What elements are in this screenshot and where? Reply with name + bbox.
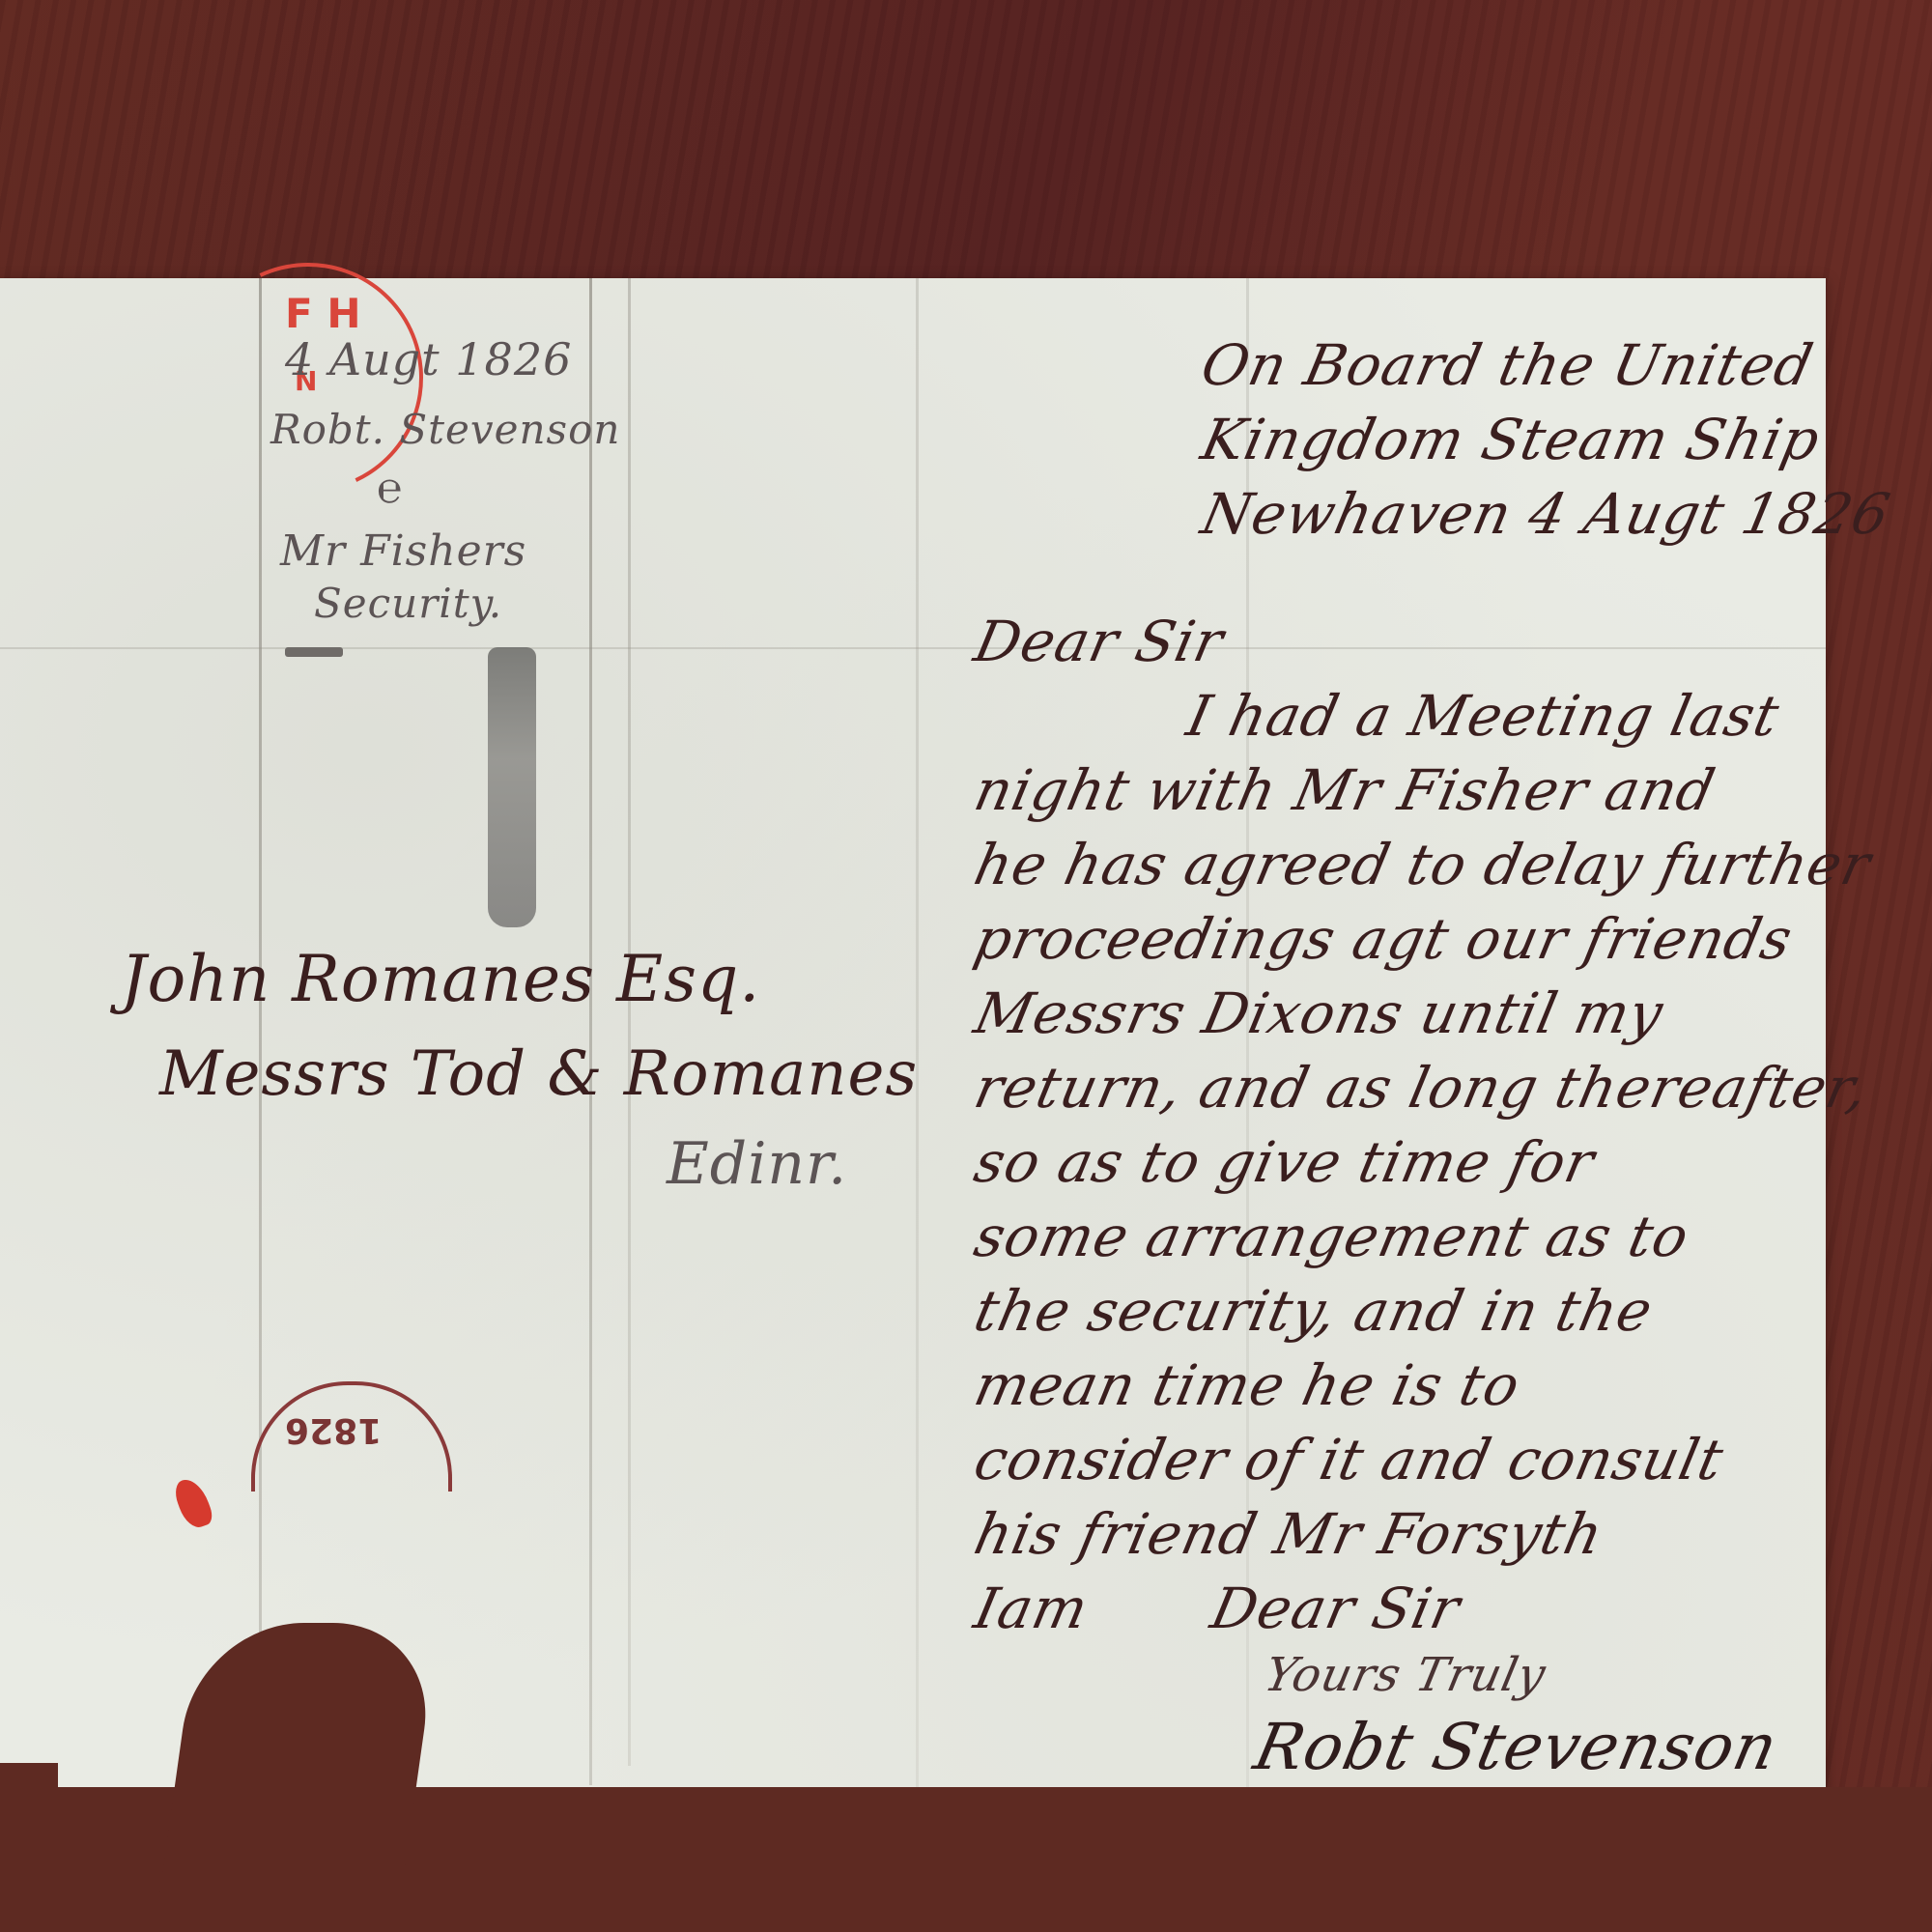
fold-line <box>628 278 631 1766</box>
letter-body-line: Messrs Dixons until my <box>968 977 1814 1051</box>
seal-residue-mark <box>285 647 343 657</box>
address-firm: Messrs Tod & Romanes <box>159 1038 918 1110</box>
address-city: Edinr. <box>667 1130 847 1198</box>
letter-body-line: the security, and in the <box>968 1274 1814 1349</box>
letter-closing-2: Yours Truly <box>970 1646 1813 1704</box>
closing-lead: Iam <box>969 1576 1094 1641</box>
docket-from: Robt. Stevenson <box>270 406 620 453</box>
letter-body-line: consider of it and consult <box>968 1423 1814 1497</box>
letter-body-line: mean time he is to <box>968 1349 1814 1423</box>
docket-subject: Mr Fishers <box>280 526 526 576</box>
letter-body-line: night with Mr Fisher and <box>968 753 1814 828</box>
letter-body-line: I had a Meeting last <box>968 679 1814 753</box>
letter-salutation: Dear Sir <box>968 605 1814 679</box>
address-recipient: John Romanes Esq. <box>121 942 760 1016</box>
letter-heading-line: Kingdom Steam Ship <box>968 403 1814 477</box>
letter-text: On Board the United Kingdom Steam Ship N… <box>976 328 1806 1791</box>
letter-heading-line: Newhaven 4 Augt 1826 <box>968 477 1814 552</box>
letter-body-line: some arrangement as to <box>968 1200 1814 1274</box>
postmark-letters: F H <box>285 290 360 337</box>
letter-body-line: he has agreed to delay further <box>968 828 1814 902</box>
torn-corner <box>0 1763 58 1860</box>
docket-re: ℮ <box>377 464 403 513</box>
seal-residue-smudge <box>488 647 536 927</box>
date-stamp-text: 1826 <box>285 1410 382 1450</box>
letter-body-line: his friend Mr Forsyth <box>968 1497 1814 1572</box>
letter-closing: Iam Dear Sir <box>968 1572 1814 1646</box>
docket-subject-2: Security. <box>314 580 502 627</box>
closing-salutation: Dear Sir <box>1206 1576 1466 1641</box>
letter-body-line: proceedings agt our friends <box>968 902 1814 977</box>
letter-body-line: return, and as long thereafter, <box>968 1051 1814 1125</box>
letter-body-line: so as to give time for <box>968 1125 1814 1200</box>
docket-date: 4 Augt 1826 <box>285 333 572 385</box>
letter-signature: Robt Stevenson <box>966 1704 1815 1791</box>
fold-line <box>589 278 592 1785</box>
letter-heading-line: On Board the United <box>968 328 1814 403</box>
